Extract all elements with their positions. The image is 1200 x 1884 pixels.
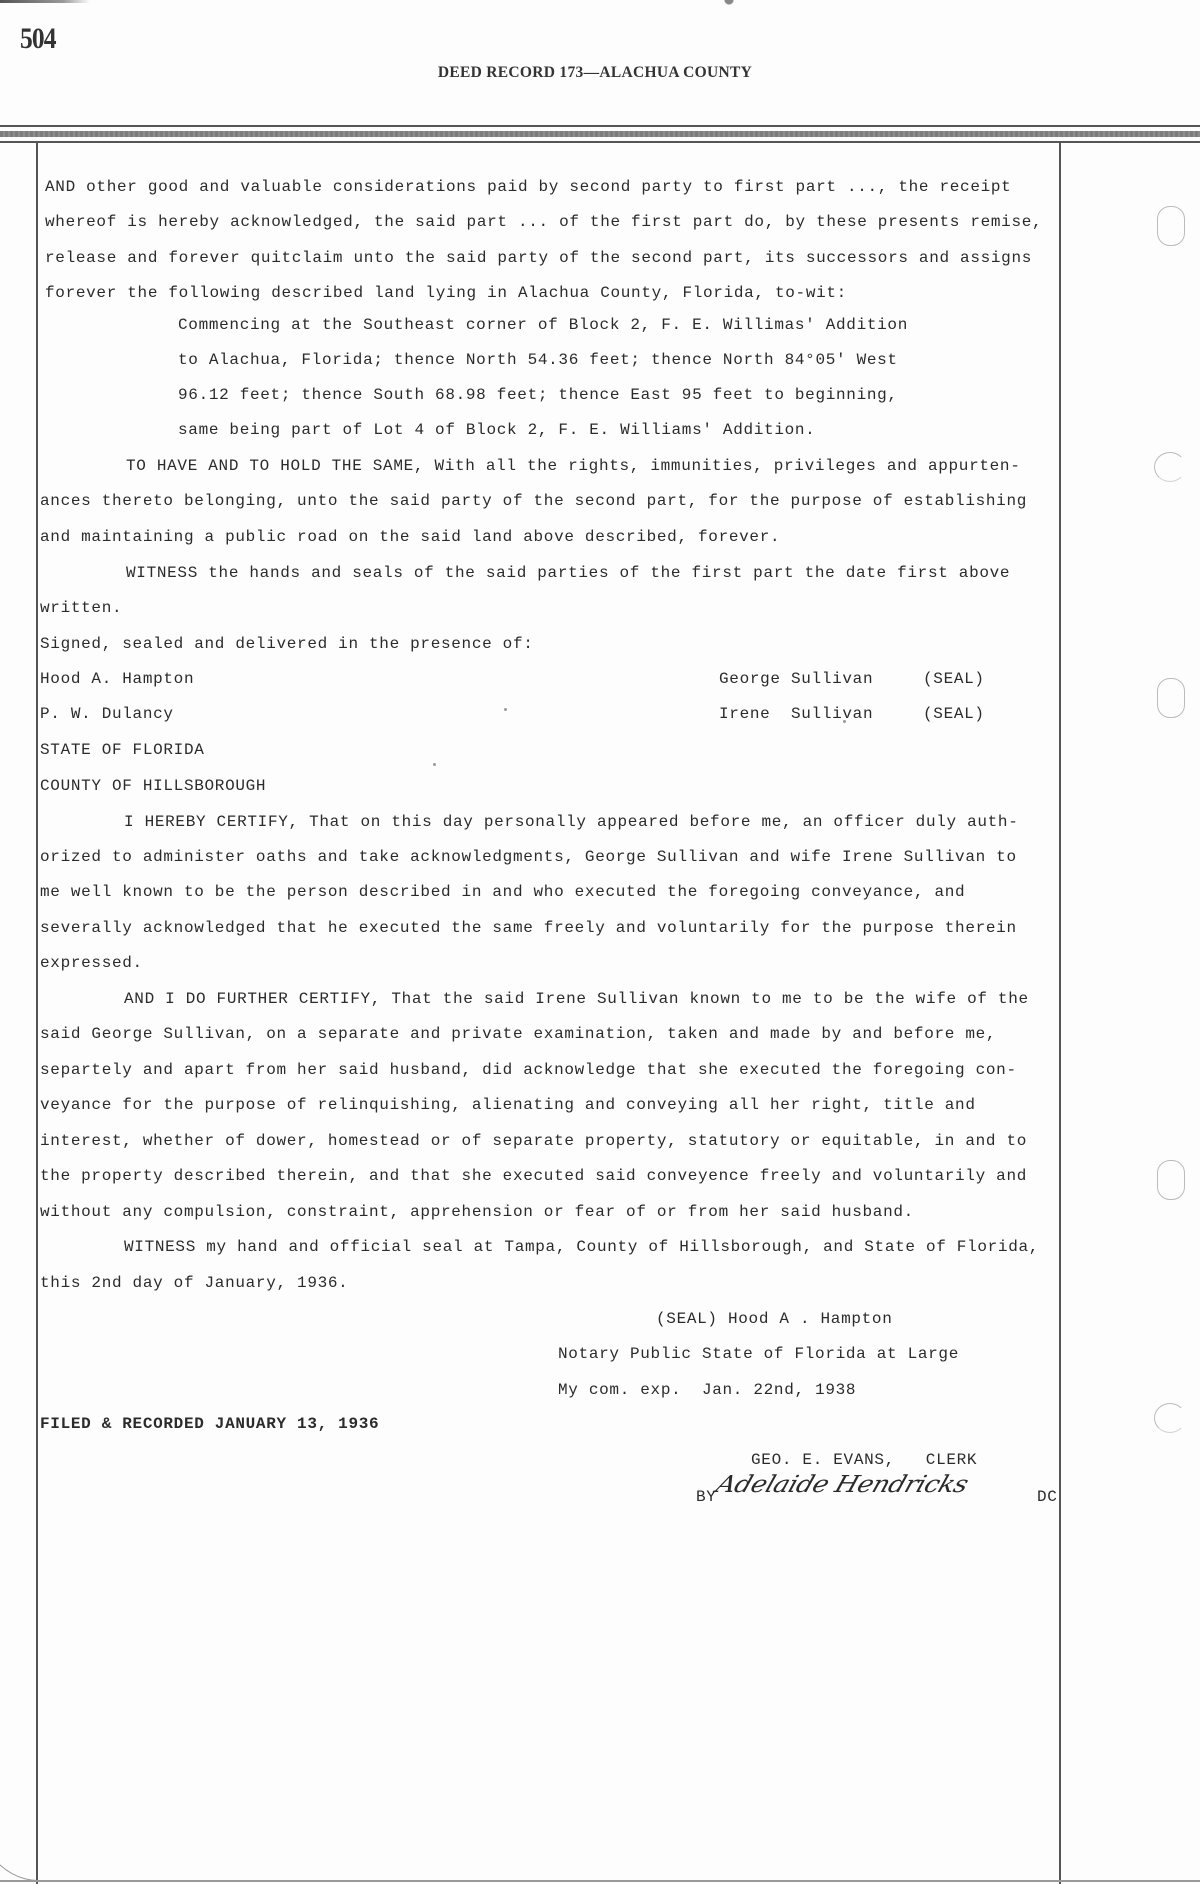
body-text-line: severally acknowledged that he executed …: [40, 918, 1017, 938]
scan-speck: [433, 763, 436, 766]
page-title: DEED RECORD 173—ALACHUA COUNTY: [420, 64, 770, 82]
grantor-name: George Sullivan: [719, 669, 873, 689]
scan-edge-mark: [724, 0, 734, 6]
body-text-line: AND I DO FURTHER CERTIFY, That the said …: [124, 989, 1029, 1009]
left-margin-rule: [36, 143, 38, 1884]
body-text-line: interest, whether of dower, homestead or…: [40, 1131, 1027, 1151]
body-text-line: same being part of Lot 4 of Block 2, F. …: [178, 420, 815, 440]
right-margin-rule: [1059, 143, 1061, 1884]
deputy-clerk-suffix: DC: [1037, 1487, 1058, 1507]
seal-label: (SEAL): [923, 704, 985, 724]
body-text-line: COUNTY OF HILLSBOROUGH: [40, 776, 266, 796]
scan-speck: [504, 708, 507, 711]
body-text-line: P. W. Dulancy: [40, 704, 174, 724]
body-text-line: the property described therein, and that…: [40, 1166, 1027, 1186]
filed-recorded-line: FILED & RECORDED JANUARY 13, 1936: [40, 1414, 379, 1434]
body-text-line: expressed.: [40, 953, 143, 973]
punch-hole-icon: [1154, 1403, 1186, 1433]
notary-commission-line: My com. exp. Jan. 22nd, 1938: [558, 1380, 856, 1400]
body-text-line: forever the following described land lyi…: [45, 283, 847, 303]
scan-edge-mark: [0, 0, 90, 3]
body-text-line: WITNESS my hand and official seal at Tam…: [124, 1237, 1039, 1257]
header-rule: [0, 141, 1200, 143]
deputy-clerk-signature: Adelaide Hendricks: [713, 1472, 972, 1499]
body-text-line: me well known to be the person described…: [40, 882, 965, 902]
body-text-line: STATE OF FLORIDA: [40, 740, 205, 760]
notary-seal-line: (SEAL) Hood A . Hampton: [656, 1309, 892, 1329]
body-text-line: AND other good and valuable consideratio…: [45, 177, 1011, 197]
punch-hole-icon: [1154, 452, 1186, 482]
body-text-line: I HEREBY CERTIFY, That on this day perso…: [124, 812, 1019, 832]
deed-record-page: 504 DEED RECORD 173—ALACHUA COUNTY AND o…: [0, 0, 1200, 1884]
body-text-line: TO HAVE AND TO HOLD THE SAME, With all t…: [126, 456, 1021, 476]
bottom-edge-rule: [0, 1880, 1200, 1882]
grantor-name: Irene Sullivan: [719, 704, 873, 724]
punch-hole-icon: [1157, 1160, 1185, 1200]
body-text-line: WITNESS the hands and seals of the said …: [126, 563, 1010, 583]
body-text-line: ances thereto belonging, unto the said p…: [40, 491, 1027, 511]
body-text-line: Commencing at the Southeast corner of Bl…: [178, 315, 908, 335]
header-rule-thick: [0, 131, 1200, 137]
page-curl: [0, 1790, 39, 1881]
body-text-line: 96.12 feet; thence South 68.98 feet; the…: [178, 385, 898, 405]
body-text-line: veyance for the purpose of relinquishing…: [40, 1095, 976, 1115]
body-text-line: this 2nd day of January, 1936.: [40, 1273, 348, 1293]
scan-speck: [843, 720, 846, 723]
body-text-line: Signed, sealed and delivered in the pres…: [40, 634, 534, 654]
body-text-line: said George Sullivan, on a separate and …: [40, 1024, 996, 1044]
seal-label: (SEAL): [923, 669, 985, 689]
body-text-line: Hood A. Hampton: [40, 669, 194, 689]
body-text-line: without any compulsion, constraint, appr…: [40, 1202, 914, 1222]
notary-title-line: Notary Public State of Florida at Large: [558, 1344, 959, 1364]
punch-hole-icon: [1157, 206, 1185, 246]
body-text-line: to Alachua, Florida; thence North 54.36 …: [178, 350, 898, 370]
punch-hole-icon: [1157, 678, 1185, 718]
body-text-line: orized to administer oaths and take ackn…: [40, 847, 1017, 867]
body-text-line: and maintaining a public road on the sai…: [40, 527, 780, 547]
page-number: 504: [20, 22, 56, 56]
clerk-line: GEO. E. EVANS, CLERK: [751, 1450, 977, 1470]
header-rule: [0, 125, 1200, 127]
body-text-line: separtely and apart from her said husban…: [40, 1060, 1017, 1080]
body-text-line: written.: [40, 598, 122, 618]
body-text-line: release and forever quitclaim unto the s…: [45, 248, 1032, 268]
body-text-line: whereof is hereby acknowledged, the said…: [45, 212, 1042, 232]
